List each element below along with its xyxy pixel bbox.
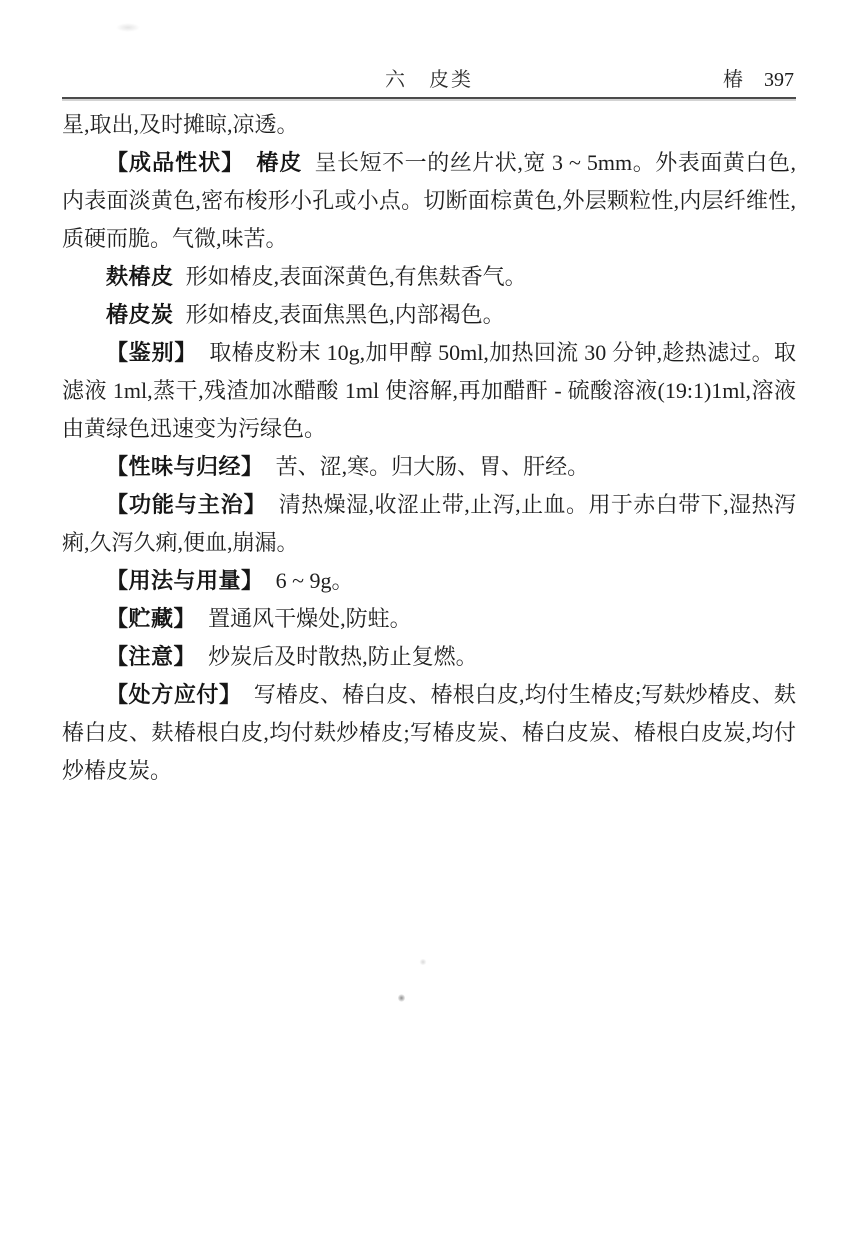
- section-label: 【用法与用量】: [106, 568, 264, 593]
- paragraph-caution: 【注意】炒炭后及时散热,防止复燃。: [62, 638, 796, 676]
- paragraph-text: 形如椿皮,表面焦黑色,内部褐色。: [186, 302, 505, 327]
- paragraph-text: 6 ~ 9g。: [276, 568, 354, 593]
- header-right-group: 椿 397: [723, 64, 794, 96]
- paragraph-prescription-dispensing: 【处方应付】写椿皮、椿白皮、椿根白皮,均付生椿皮;写麸炒椿皮、麸椿白皮、麸椿根白…: [62, 676, 796, 790]
- section-label: 【注意】: [106, 644, 196, 669]
- variant-label: 椿皮炭: [106, 302, 174, 327]
- page-number: 397: [764, 69, 794, 91]
- scan-speck: [116, 23, 140, 32]
- paragraph-description: 【成品性状】椿皮呈长短不一的丝片状,宽 3 ~ 5mm。外表面黄白色,内表面淡黄…: [62, 144, 796, 258]
- scan-speck: [419, 959, 427, 965]
- paragraph-dosage: 【用法与用量】6 ~ 9g。: [62, 562, 796, 600]
- paragraph-text: 苦、涩,寒。归大肠、胃、肝经。: [276, 454, 590, 479]
- paragraph-text: 置通风干燥处,防蛀。: [208, 606, 412, 631]
- section-label: 【处方应付】: [106, 682, 242, 707]
- header-rule: [62, 97, 796, 99]
- paragraph-identification: 【鉴别】取椿皮粉末 10g,加甲醇 50ml,加热回流 30 分钟,趁热滤过。取…: [62, 334, 796, 448]
- page-header: 六 皮类 椿 397: [62, 64, 796, 96]
- drug-name-label: 椿皮: [256, 150, 302, 175]
- paragraph-storage: 【贮藏】置通风干燥处,防蛀。: [62, 600, 796, 638]
- scan-speck: [398, 994, 405, 1002]
- variant-label: 麸椿皮: [106, 264, 174, 289]
- continuation-paragraph: 星,取出,及时摊晾,凉透。: [62, 106, 796, 144]
- document-body: 星,取出,及时摊晾,凉透。 【成品性状】椿皮呈长短不一的丝片状,宽 3 ~ 5m…: [62, 106, 796, 790]
- section-label: 【功能与主治】: [106, 492, 267, 517]
- paragraph-taste-meridian: 【性味与归经】苦、涩,寒。归大肠、胃、肝经。: [62, 448, 796, 486]
- chapter-title: 六 皮类: [62, 64, 796, 96]
- paragraph-variant-tan: 椿皮炭形如椿皮,表面焦黑色,内部褐色。: [62, 296, 796, 334]
- document-page: 六 皮类 椿 397 星,取出,及时摊晾,凉透。 【成品性状】椿皮呈长短不一的丝…: [0, 0, 856, 1239]
- paragraph-text: 星,取出,及时摊晾,凉透。: [62, 112, 299, 137]
- section-label: 【成品性状】: [106, 150, 244, 175]
- paragraph-text: 形如椿皮,表面深黄色,有焦麸香气。: [186, 264, 527, 289]
- section-label: 【性味与归经】: [106, 454, 264, 479]
- paragraph-variant-fu: 麸椿皮形如椿皮,表面深黄色,有焦麸香气。: [62, 258, 796, 296]
- paragraph-function-indication: 【功能与主治】清热燥湿,收涩止带,止泻,止血。用于赤白带下,湿热泻痢,久泻久痢,…: [62, 486, 796, 562]
- section-label: 【鉴别】: [106, 340, 197, 365]
- paragraph-text: 炒炭后及时散热,防止复燃。: [208, 644, 478, 669]
- entry-character: 椿: [723, 69, 743, 91]
- section-label: 【贮藏】: [106, 606, 196, 631]
